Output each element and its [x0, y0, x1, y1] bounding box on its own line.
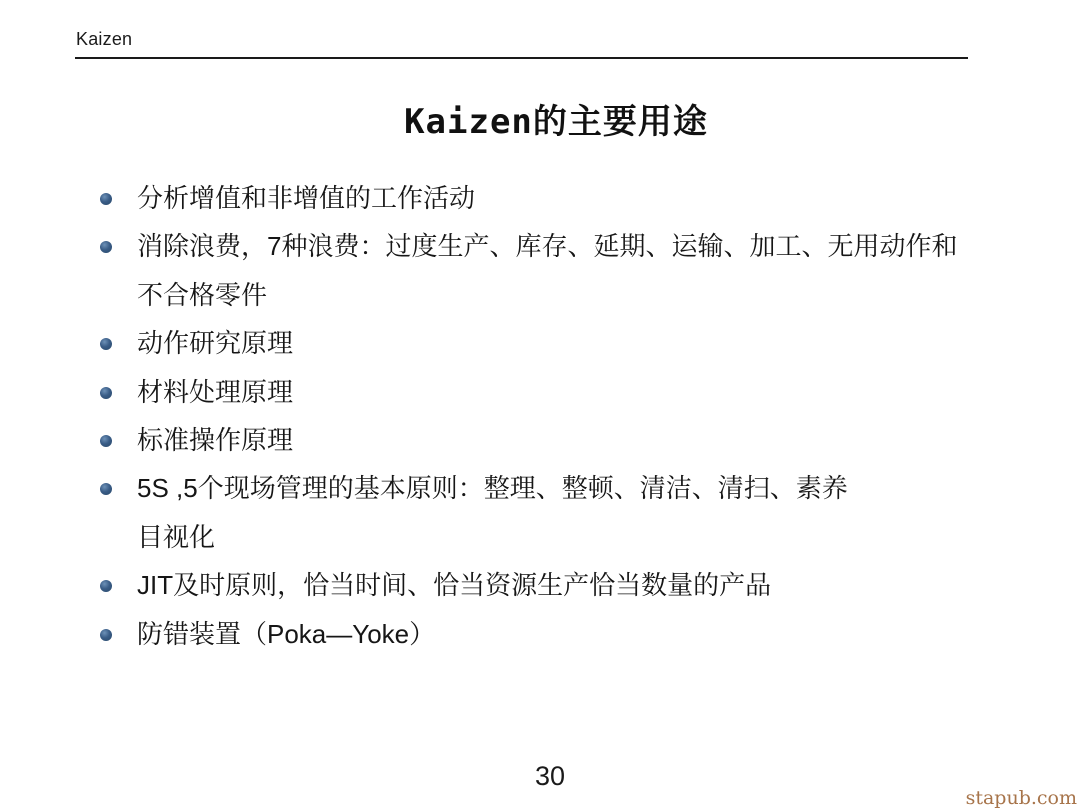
bullet-marker-icon [100, 338, 112, 350]
bullet-marker-icon [100, 435, 112, 447]
header-rule [75, 57, 968, 59]
bullet-line: 防错装置（Poka—Yoke） [137, 610, 1020, 658]
bullet-item: JIT及时原则，恰当时间、恰当资源生产恰当数量的产品 [100, 561, 1020, 609]
bullet-line: 消除浪费，7种浪费：过度生产、库存、延期、运输、加工、无用动作和 [137, 222, 1020, 270]
bullet-item: 动作研究原理 [100, 319, 1020, 367]
bullet-marker-icon [100, 387, 112, 399]
bullet-line: 分析增值和非增值的工作活动 [137, 174, 1020, 222]
page-title: Kaizen的主要用途 [404, 94, 708, 143]
bullet-marker-icon [100, 193, 112, 205]
page-number: 30 [535, 761, 565, 792]
watermark: stapub.com [966, 787, 1077, 809]
bullet-line: JIT及时原则，恰当时间、恰当资源生产恰当数量的产品 [137, 561, 1020, 609]
bullet-marker-icon [100, 483, 112, 495]
slide-header-label: Kaizen [76, 29, 132, 50]
bullet-item: 标准操作原理 [100, 416, 1020, 464]
bullet-line: 材料处理原理 [137, 368, 1020, 416]
bullet-line: 标准操作原理 [137, 416, 1020, 464]
bullet-item: 5S ,5个现场管理的基本原则：整理、整顿、清洁、清扫、素养 目视化 [100, 464, 1020, 561]
bullet-marker-icon [100, 241, 112, 253]
bullet-item: 消除浪费，7种浪费：过度生产、库存、延期、运输、加工、无用动作和 不合格零件 [100, 222, 1020, 319]
bullet-marker-icon [100, 580, 112, 592]
bullet-marker-icon [100, 629, 112, 641]
bullet-list: 分析增值和非增值的工作活动 消除浪费，7种浪费：过度生产、库存、延期、运输、加工… [100, 174, 1020, 658]
bullet-line: 动作研究原理 [137, 319, 1020, 367]
bullet-line-wrap: 目视化 [137, 513, 1020, 561]
bullet-item: 分析增值和非增值的工作活动 [100, 174, 1020, 222]
bullet-item: 防错装置（Poka—Yoke） [100, 610, 1020, 658]
bullet-line-wrap: 不合格零件 [137, 271, 1020, 319]
bullet-line: 5S ,5个现场管理的基本原则：整理、整顿、清洁、清扫、素养 [137, 464, 1020, 512]
bullet-item: 材料处理原理 [100, 368, 1020, 416]
slide: Kaizen Kaizen的主要用途 分析增值和非增值的工作活动 消除浪费，7种… [0, 0, 1080, 810]
